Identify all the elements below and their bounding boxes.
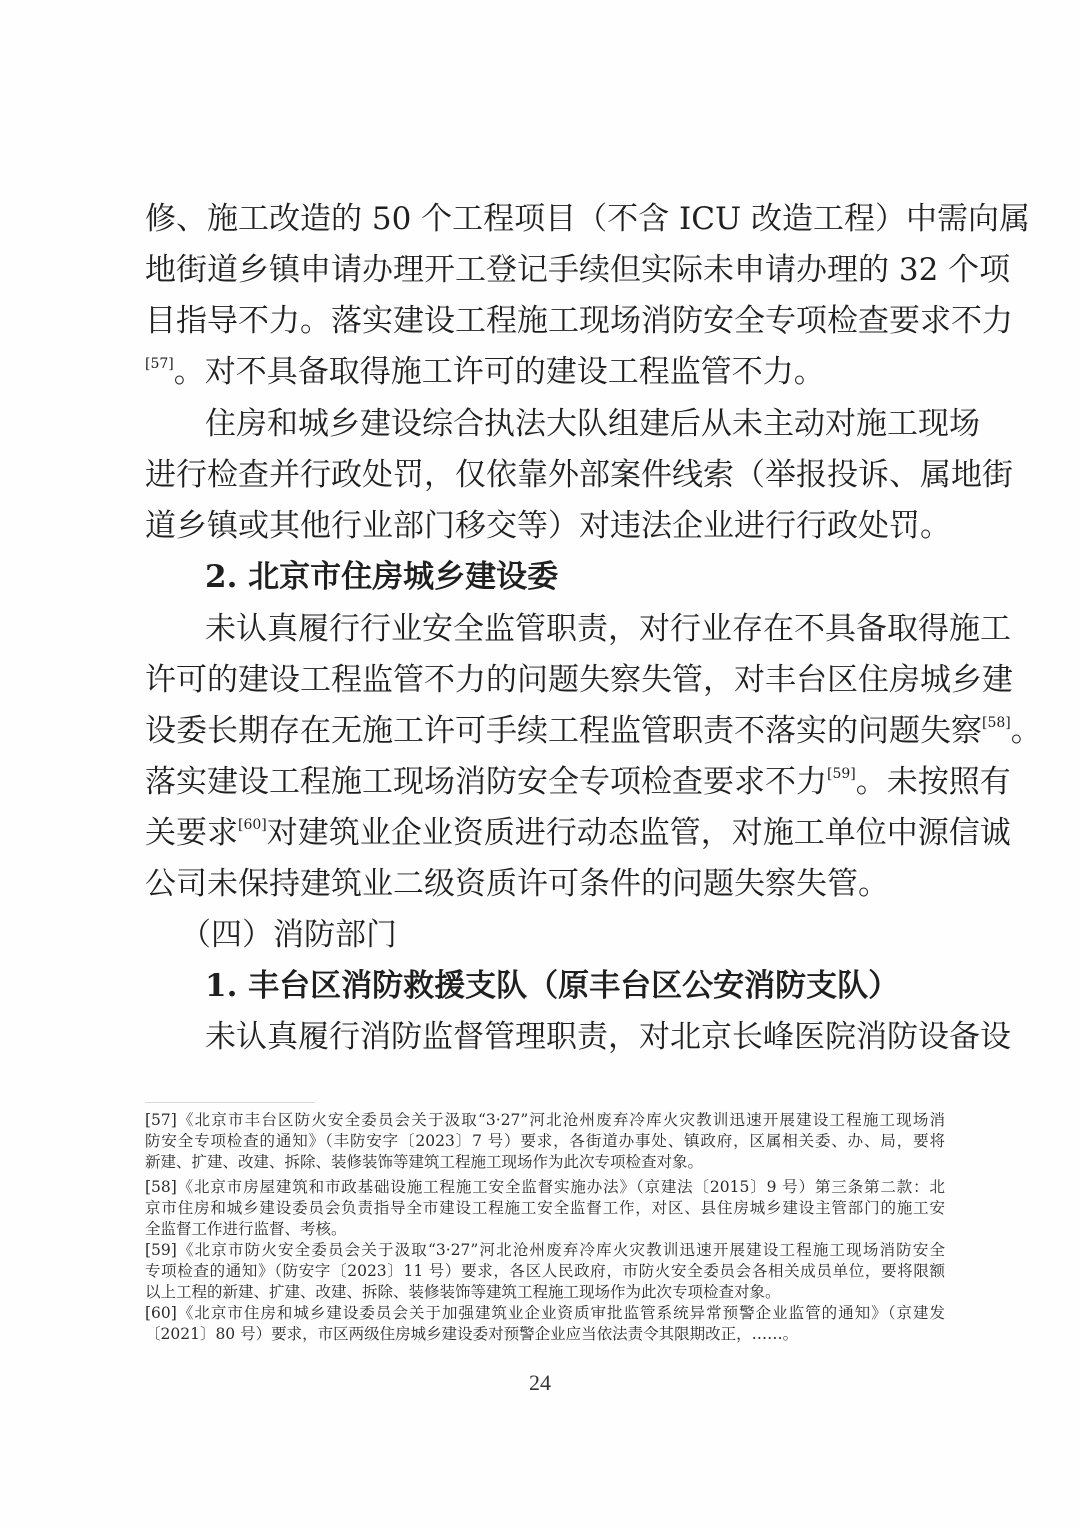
body-line: 道乡镇或其他行业部门移交等）对违法企业进行行政处罚。 (145, 506, 945, 546)
body-text: 对建筑业企业资质进行动态监管，对施工单位中源信诚 (267, 815, 1011, 851)
section-title: （四）消防部门 (180, 915, 920, 955)
footnote-line: 以上工程的新建、扩建、改建、拆除、装修装饰等建筑工程施工现场作为此次专项检查对象… (145, 1282, 945, 1303)
footnote-line: [57]《北京市丰台区防火安全委员会关于汲取“3·27”河北沧州废弃冷库火灾教训… (145, 1110, 945, 1131)
footnote-59: [59]《北京市防火安全委员会关于汲取“3·27”河北沧州废弃冷库火灾教训迅速开… (145, 1240, 945, 1303)
body-text: 设委长期存在无施工许可手续工程监管职责不落实的问题失察 (145, 713, 982, 749)
body-line: 目指导不力。落实建设工程施工现场消防安全专项检查要求不力 (145, 301, 945, 341)
footnote-ref-60[interactable]: [60] (238, 817, 267, 833)
body-line: 公司未保持建筑业二级资质许可条件的问题失察失管。 (145, 864, 945, 904)
body-line: 进行检查并行政处罚，仅依靠外部案件线索（举报投诉、属地街 (145, 455, 945, 495)
body-line: [57]。对不具备取得施工许可的建设工程监管不力。 (145, 352, 945, 392)
body-text: 。 (1011, 713, 1042, 749)
footnote-line: [59]《北京市防火安全委员会关于汲取“3·27”河北沧州废弃冷库火灾教训迅速开… (145, 1240, 945, 1261)
footnote-ref-57[interactable]: [57] (145, 356, 174, 372)
body-text: 。对不具备取得施工许可的建设工程监管不力。 (174, 354, 825, 390)
footnote-57: [57]《北京市丰台区防火安全委员会关于汲取“3·27”河北沧州废弃冷库火灾教训… (145, 1110, 945, 1173)
footnote-line: [58]《北京市房屋建筑和市政基础设施工程施工安全监督实施办法》（京建法〔201… (145, 1177, 945, 1198)
document-page: 修、施工改造的 50 个工程项目（不含 ICU 改造工程）中需向属 地街道乡镇申… (0, 0, 1080, 1526)
section-heading: 1. 丰台区消防救援支队（原丰台区公安消防支队） (205, 966, 945, 1006)
footnote-line: [60]《北京市住房和城乡建设委员会关于加强建筑业企业资质审批监管系统异常预警企… (145, 1303, 945, 1324)
body-line: 设委长期存在无施工许可手续工程监管职责不落实的问题失察[58]。 (145, 711, 945, 751)
footnote-line: 全监督工作进行监督、考核。 (145, 1219, 945, 1240)
footnote-60: [60]《北京市住房和城乡建设委员会关于加强建筑业企业资质审批监管系统异常预警企… (145, 1303, 945, 1345)
body-line: 许可的建设工程监管不力的问题失察失管，对丰台区住房城乡建 (145, 660, 945, 700)
body-text: 。未按照有 (856, 764, 1011, 800)
footnote-line: 防安全专项检查的通知》（丰防安字〔2023〕7 号）要求，各街道办事处、镇政府，… (145, 1131, 945, 1152)
body-text: 关要求 (145, 815, 238, 851)
body-line: 关要求[60]对建筑业企业资质进行动态监管，对施工单位中源信诚 (145, 813, 945, 853)
footnote-line: 京市住房和城乡建设委员会负责指导全市建设工程施工安全监督工作，对区、县住房城乡建… (145, 1198, 945, 1219)
body-line: 未认真履行行业安全监管职责，对行业存在不具备取得施工 (205, 609, 945, 649)
body-line: 住房和城乡建设综合执法大队组建后从未主动对施工现场 (205, 404, 945, 444)
footnote-58: [58]《北京市房屋建筑和市政基础设施工程施工安全监督实施办法》（京建法〔201… (145, 1177, 945, 1240)
body-line: 地街道乡镇申请办理开工登记手续但实际未申请办理的 32 个项 (145, 250, 945, 290)
footnote-line: 专项检查的通知》（防安字〔2023〕11 号）要求，各区人民政府，市防火安全委员… (145, 1261, 945, 1282)
footnote-ref-59[interactable]: [59] (827, 766, 856, 782)
footnote-line: 〔2021〕80 号）要求，市区两级住房城乡建设委对预警企业应当依法责令其限期改… (145, 1324, 945, 1345)
body-line: 修、施工改造的 50 个工程项目（不含 ICU 改造工程）中需向属 (145, 199, 945, 239)
footnote-ref-58[interactable]: [58] (982, 715, 1011, 731)
body-line: 未认真履行消防监督管理职责，对北京长峰医院消防设备设 (205, 1017, 945, 1057)
footnote-separator (145, 1102, 315, 1103)
body-line: 落实建设工程施工现场消防安全专项检查要求不力[59]。未按照有 (145, 762, 945, 802)
body-text: 落实建设工程施工现场消防安全专项检查要求不力 (145, 764, 827, 800)
section-heading: 2. 北京市住房城乡建设委 (205, 557, 945, 597)
footnote-line: 新建、扩建、改建、拆除、装修装饰等建筑工程施工现场作为此次专项检查对象。 (145, 1152, 945, 1173)
page-number: 24 (0, 1370, 1080, 1396)
